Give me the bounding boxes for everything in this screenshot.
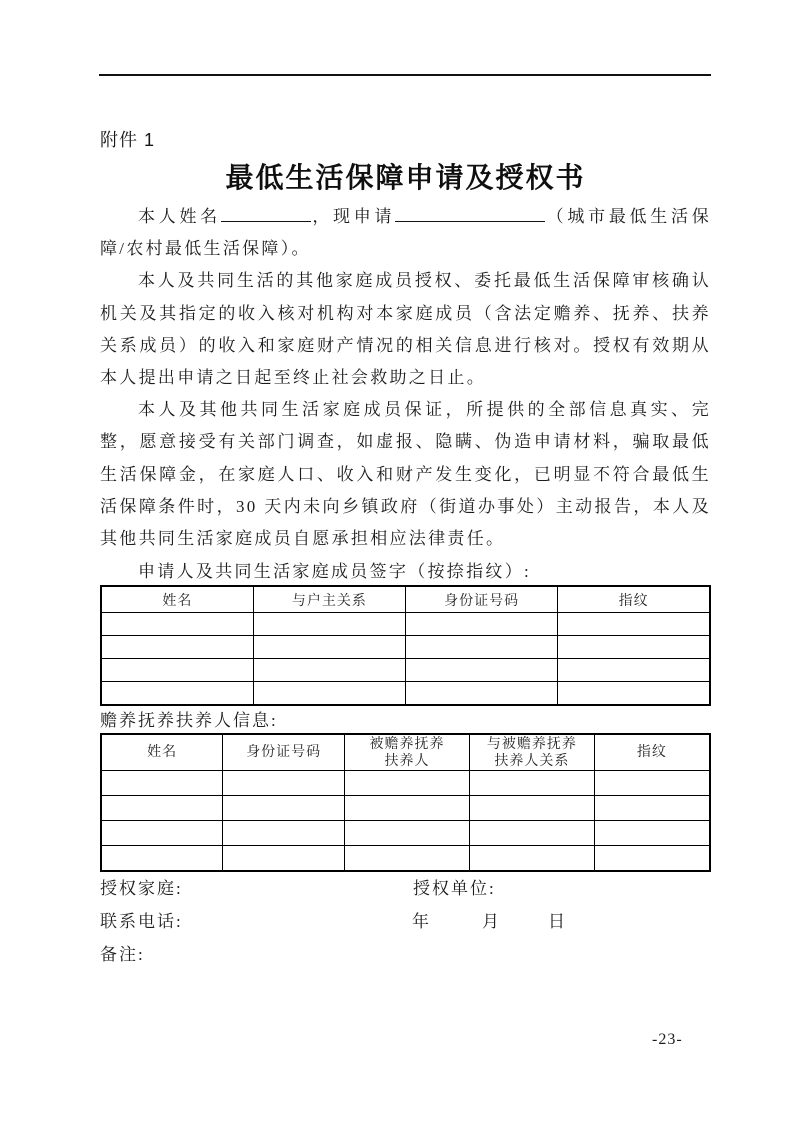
column-header-fingerprint: 指纹 [558,586,710,613]
table-cell [101,771,223,796]
table-row [101,771,710,796]
table-row [101,636,710,659]
document-body: 本人姓名，现申请（城市最低生活保障/农村最低生活保障）。 本人及共同生活的其他家… [100,201,711,555]
table-cell [345,821,470,846]
table-cell [223,846,345,872]
table-cell [345,796,470,821]
table-cell [406,659,558,682]
application-type-blank [395,207,545,222]
table-cell [253,636,405,659]
table-cell [101,636,253,659]
remarks-label: 备注: [100,940,145,965]
table-cell [558,613,710,636]
table-cell [253,613,405,636]
attachment-label: 附件 1 [100,126,155,152]
paragraph-guarantee: 本人及其他共同生活家庭成员保证，所提供的全部信息真实、完整，愿意接受有关部门调查… [100,394,711,555]
table-row [101,796,710,821]
column-header-name: 姓名 [101,586,253,613]
table-cell [594,796,710,821]
table-cell [558,659,710,682]
month-label: 月 [482,907,501,932]
table-cell [253,682,405,706]
table-cell [594,771,710,796]
table-cell [406,613,558,636]
table-cell [253,659,405,682]
signature-table-header-row: 姓名 与户主关系 身份证号码 指纹 [101,586,710,613]
table-cell [558,682,710,706]
table-cell [406,636,558,659]
column-header-id-number: 身份证号码 [223,734,345,771]
contact-phone-label: 联系电话: [100,907,183,932]
table-row [101,659,710,682]
footer-fields: 授权家庭: 授权单位: 联系电话: 年 月 日 备注: [100,874,711,984]
support-table: 姓名 身份证号码 被赡养抚养 扶养人 与被赡养抚养 扶养人关系 指纹 [100,733,711,872]
table-cell [594,846,710,872]
table-cell [469,796,594,821]
table-cell [101,613,253,636]
table-cell [469,846,594,872]
day-label: 日 [548,907,567,932]
year-label: 年 [412,907,431,932]
applicant-name-blank [221,207,311,222]
column-header-supported-relation: 与被赡养抚养 扶养人关系 [469,734,594,771]
table-cell [223,771,345,796]
table-cell [223,821,345,846]
table-cell [406,682,558,706]
signature-section-heading: 申请人及共同生活家庭成员签字（按捺指纹）: [138,557,531,582]
support-section-heading: 赡养抚养扶养人信息: [100,706,278,731]
table-cell [558,636,710,659]
applicant-name-label: 本人姓名 [138,207,221,226]
table-cell [101,682,253,706]
column-header-fingerprint: 指纹 [594,734,710,771]
column-header-id-number: 身份证号码 [406,586,558,613]
table-row [101,846,710,872]
table-cell [223,796,345,821]
table-cell [469,821,594,846]
document-title: 最低生活保障申请及授权书 [100,156,711,196]
document-page: { "document": { "attachment_label": "附件 … [0,0,793,1122]
application-connector: ，现申请 [311,207,395,226]
table-cell [101,659,253,682]
support-table-header-row: 姓名 身份证号码 被赡养抚养 扶养人 与被赡养抚养 扶养人关系 指纹 [101,734,710,771]
column-header-name: 姓名 [101,734,223,771]
table-cell [594,821,710,846]
column-header-relation: 与户主关系 [253,586,405,613]
table-cell [101,796,223,821]
table-cell [345,771,470,796]
signature-table: 姓名 与户主关系 身份证号码 指纹 [100,585,711,706]
page-number: -23- [652,1031,683,1049]
authorized-family-label: 授权家庭: [100,874,183,899]
table-cell [101,821,223,846]
table-row [101,682,710,706]
table-row [101,613,710,636]
paragraph-intro: 本人姓名，现申请（城市最低生活保障/农村最低生活保障）。 [100,201,711,265]
column-header-supported-person: 被赡养抚养 扶养人 [345,734,470,771]
paragraph-authorization: 本人及共同生活的其他家庭成员授权、委托最低生活保障审核确认机关及其指定的收入核对… [100,265,711,394]
table-cell [345,846,470,872]
authorized-unit-label: 授权单位: [413,874,496,899]
table-row [101,821,710,846]
table-cell [469,771,594,796]
table-cell [101,846,223,872]
header-rule [99,74,711,76]
